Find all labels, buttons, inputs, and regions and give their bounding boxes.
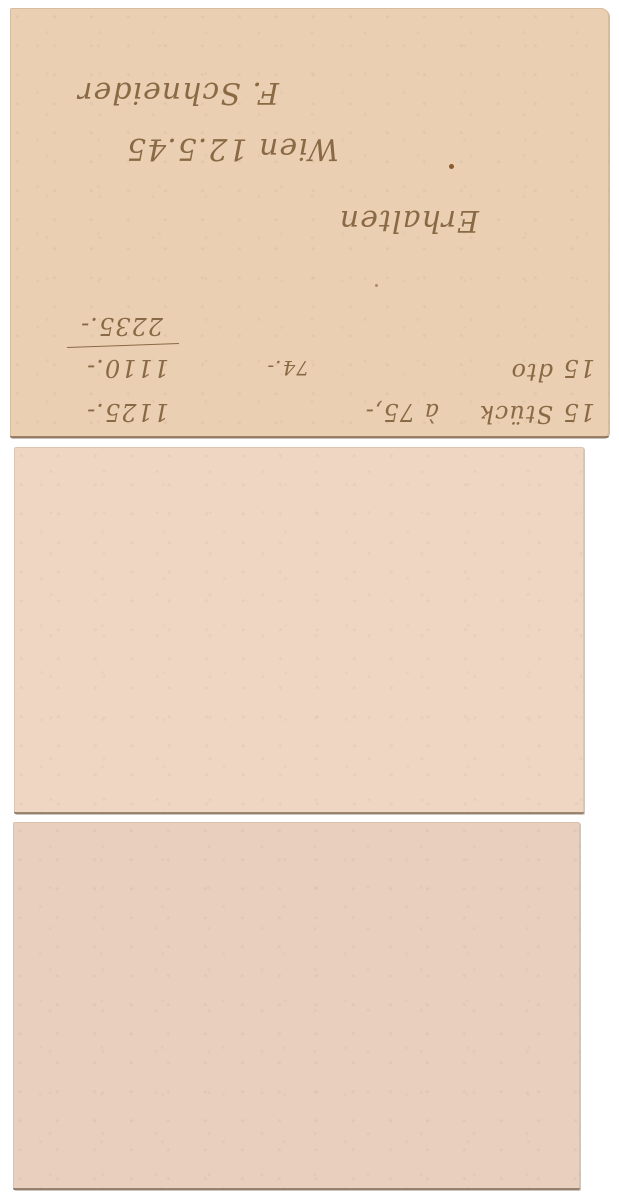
ledger-row-1-item: Stück [478,400,553,428]
ledger-row-2-item: dto [511,358,553,386]
ink-speck [375,284,378,287]
handwriting-upside-down: 15 Stück à 75,- 1125.- 15 dto 74.- 1110.… [10,8,609,438]
ledger-sum-line [67,343,179,348]
postcard-with-handwriting: 15 Stück à 75,- 1125.- 15 dto 74.- 1110.… [10,8,609,438]
paper-texture [13,822,580,1190]
ink-stain [449,164,454,169]
blank-card-3 [13,822,580,1190]
place-date: Wien 12.5.45 [126,131,339,166]
signature: F. Schneider [77,75,279,110]
ledger-total: 2235.- [80,312,163,340]
ledger-row-1-unit: à 75,- [365,398,439,426]
ledger-row-2-amount: 1110.- [86,354,169,382]
ledger-row-1-amount: 1125.- [86,398,169,426]
ledger-row-1-qty: 15 [562,398,595,426]
ledger-row-2-qty: 15 [562,354,595,382]
ledger-row-2-unit: 74.- [266,356,309,380]
handwritten-note: Erhalten [339,203,479,238]
paper-texture [14,447,584,814]
blank-card-2 [14,447,584,814]
